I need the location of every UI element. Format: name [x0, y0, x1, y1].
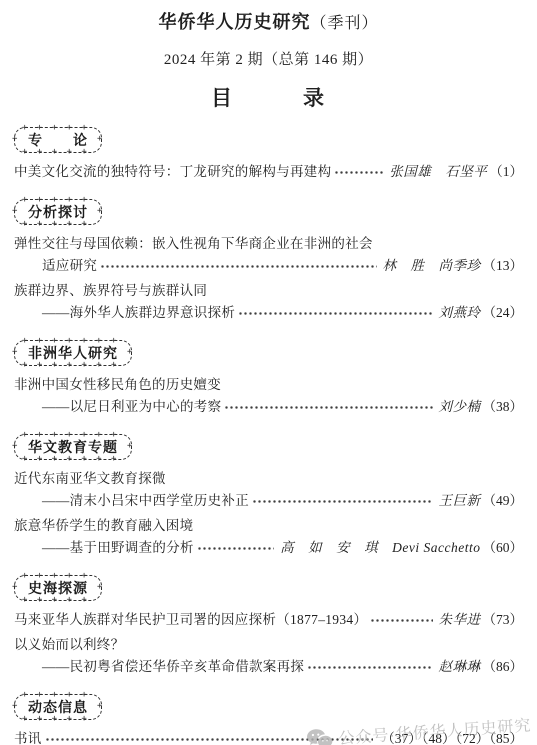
entry-authors: 朱华进: [439, 609, 481, 631]
toc-entry: 书讯 （37）（48）（72）（85）: [14, 728, 523, 745]
entry-page: （49）: [483, 490, 524, 512]
dot-leader: [334, 171, 383, 174]
toc-entry: 非洲中国女性移民角色的历史嬗变 ——以尼日利亚为中心的考察 刘少楠 （38）: [14, 374, 523, 418]
entry-page: （86）: [483, 656, 524, 678]
entry-title[interactable]: 书讯: [14, 728, 42, 745]
entry-page: （37）（48）（72）（85）: [381, 728, 523, 745]
section-badge-label: 专 论: [28, 132, 88, 148]
section-feizhouhuaren: 非洲华人研究 非洲中国女性移民角色的历史嬗变 ——以尼日利亚为中心的考察 刘少楠…: [14, 340, 523, 418]
dot-leader: [197, 547, 274, 550]
badge-stitch-left: [12, 212, 19, 221]
entry-page: （60）: [483, 537, 524, 559]
section-shihaitanyuan: 史海探源 马来亚华人族群对华民护卫司署的因应探析（1877–1934） 朱华进 …: [14, 575, 523, 678]
entry-page: （13）: [483, 255, 524, 277]
entry-subtitle[interactable]: ——民初粤省偿还华侨辛亥革命借款案再探: [42, 656, 304, 678]
toc-entry: 近代东南亚华文教育探微 ——清末小吕宋中西学堂历史补正 王巨新 （49）: [14, 468, 523, 512]
toc-entry: 旅意华侨学生的教育融入困境 ——基于田野调查的分析 高 如 安 琪 Devi S…: [14, 515, 523, 559]
entry-authors: 高 如 安 琪 Devi Sacchetto: [280, 537, 480, 559]
section-badge-label: 分析探讨: [28, 204, 88, 220]
entry-page: （38）: [483, 396, 524, 418]
toc-entry: 族群边界、族界符号与族群认同 ——海外华人族群边界意识探析 刘燕玲 （24）: [14, 280, 523, 324]
entry-page: （1）: [489, 161, 523, 183]
entry-title[interactable]: 以义始而以利终？: [14, 634, 124, 656]
section-badge-label: 史海探源: [28, 580, 88, 596]
badge-stitch-left: [12, 447, 19, 456]
journal-title-main: 华侨华人历史研究: [158, 12, 310, 32]
section-badge-label: 华文教育专题: [28, 439, 118, 455]
toc-page: 华侨华人历史研究（季刊） 2024 年第 2 期（总第 146 期） 目 录 专…: [0, 0, 537, 745]
badge-stitch-left: [12, 140, 19, 149]
section-badge-label: 动态信息: [28, 699, 88, 715]
entry-subtitle[interactable]: ——清末小吕宋中西学堂历史补正: [42, 490, 249, 512]
issue-line: 2024 年第 2 期（总第 146 期）: [14, 50, 523, 70]
entry-subtitle[interactable]: ——以尼日利亚为中心的考察: [42, 396, 221, 418]
badge-stitch-right: [97, 707, 104, 716]
entry-authors: 刘少楠: [439, 396, 481, 418]
dot-leader: [238, 312, 432, 315]
entry-title[interactable]: 近代东南亚华文教育探微: [14, 468, 166, 490]
badge-stitch-right: [97, 140, 104, 149]
badge-stitch-right: [127, 353, 134, 362]
entry-subtitle[interactable]: ——海外华人族群边界意识探析: [42, 302, 235, 324]
entry-title[interactable]: 弹性交往与母国依赖：嵌入性视角下华商企业在非洲的社会: [14, 233, 373, 255]
badge-stitch-right: [127, 447, 134, 456]
badge-stitch-right: [97, 588, 104, 597]
badge-stitch-right: [97, 212, 104, 221]
toc-entry: 马来亚华人族群对华民护卫司署的因应探析（1877–1934） 朱华进 （73）: [14, 609, 523, 631]
entry-subtitle[interactable]: 适应研究: [42, 255, 97, 277]
entry-authors: 王巨新: [439, 490, 481, 512]
entry-title[interactable]: 中美文化交流的独特符号：丁龙研究的解构与再建构: [14, 161, 331, 183]
entry-page: （73）: [483, 609, 524, 631]
section-badge-label: 非洲华人研究: [28, 345, 118, 361]
dot-leader: [307, 666, 432, 669]
toc-entry: 以义始而以利终？ ——民初粤省偿还华侨辛亥革命借款案再探 赵琳琳 （86）: [14, 634, 523, 678]
section-badge: 非洲华人研究: [14, 340, 132, 366]
journal-title: 华侨华人历史研究（季刊）: [14, 10, 523, 36]
section-badge: 史海探源: [14, 575, 102, 601]
entry-subtitle[interactable]: ——基于田野调查的分析: [42, 537, 194, 559]
section-fenxitantao: 分析探讨 弹性交往与母国依赖：嵌入性视角下华商企业在非洲的社会 适应研究 林 胜…: [14, 199, 523, 324]
dot-leader: [370, 619, 432, 622]
toc-title: 目 录: [14, 85, 523, 111]
page-header: 华侨华人历史研究（季刊） 2024 年第 2 期（总第 146 期） 目 录: [14, 10, 523, 111]
dot-leader: [252, 500, 433, 503]
entry-title[interactable]: 马来亚华人族群对华民护卫司署的因应探析（1877–1934）: [14, 609, 367, 631]
entry-title[interactable]: 非洲中国女性移民角色的历史嬗变: [14, 374, 221, 396]
dot-leader: [100, 265, 376, 268]
section-zhuanlun: 专 论 中美文化交流的独特符号：丁龙研究的解构与再建构 张国雄 石坚平 （1）: [14, 127, 523, 183]
badge-stitch-left: [12, 353, 19, 362]
section-badge: 华文教育专题: [14, 434, 132, 460]
dot-leader: [224, 406, 432, 409]
section-huawenjiaoyu: 华文教育专题 近代东南亚华文教育探微 ——清末小吕宋中西学堂历史补正 王巨新 （…: [14, 434, 523, 559]
toc-entry: 中美文化交流的独特符号：丁龙研究的解构与再建构 张国雄 石坚平 （1）: [14, 161, 523, 183]
badge-stitch-left: [12, 707, 19, 716]
section-badge: 专 论: [14, 127, 102, 153]
section-badge: 动态信息: [14, 694, 102, 720]
entry-authors: 赵琳琳: [439, 656, 481, 678]
entry-authors: 林 胜 尚季珍: [383, 255, 481, 277]
section-badge: 分析探讨: [14, 199, 102, 225]
section-dongtaixinxi: 动态信息 书讯 （37）（48）（72）（85）: [14, 694, 523, 745]
entry-authors: 张国雄 石坚平: [389, 161, 487, 183]
journal-title-suffix: （季刊）: [310, 15, 378, 32]
entry-title[interactable]: 旅意华侨学生的教育融入困境: [14, 515, 193, 537]
badge-stitch-left: [12, 588, 19, 597]
entry-authors: 刘燕玲: [439, 302, 481, 324]
entry-page: （24）: [483, 302, 524, 324]
entry-title[interactable]: 族群边界、族界符号与族群认同: [14, 280, 207, 302]
dot-leader: [45, 738, 374, 741]
toc-entry: 弹性交往与母国依赖：嵌入性视角下华商企业在非洲的社会 适应研究 林 胜 尚季珍 …: [14, 233, 523, 277]
